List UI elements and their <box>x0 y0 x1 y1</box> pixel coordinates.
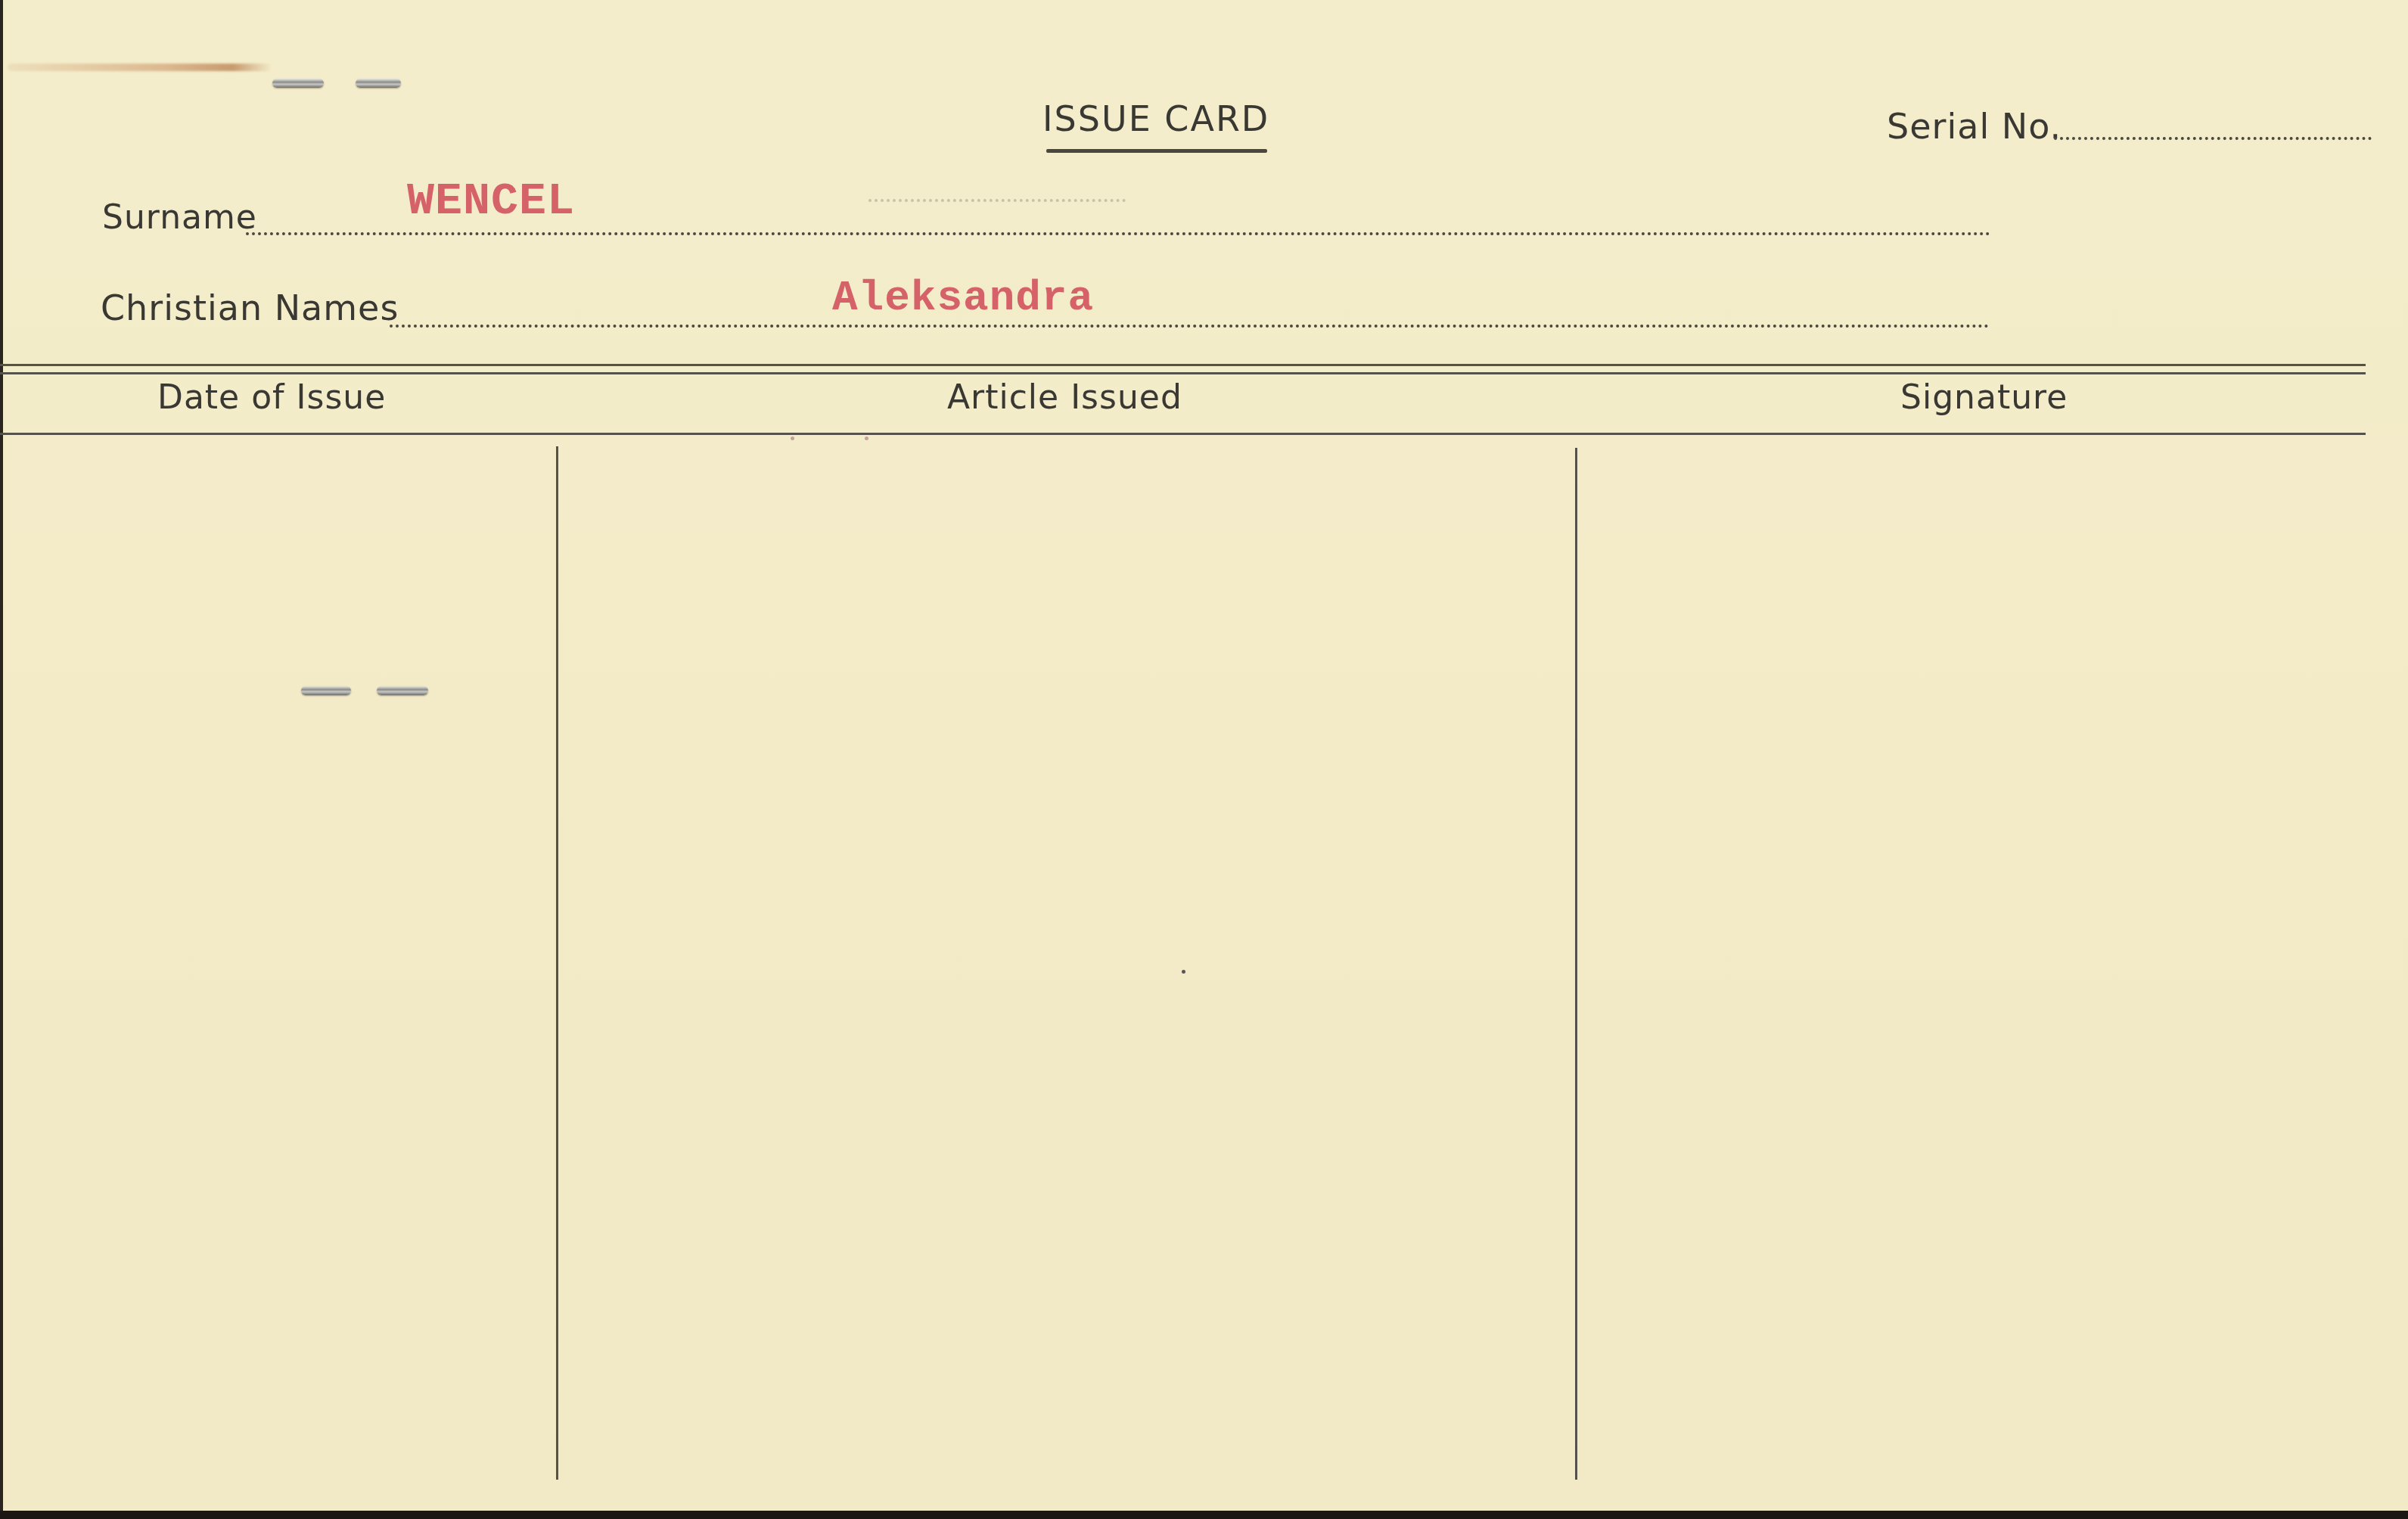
card-title: ISSUE CARD <box>1042 98 1269 139</box>
staple-icon <box>301 686 351 695</box>
double-rule-bottom <box>0 372 2366 374</box>
show-through-text <box>868 193 1126 202</box>
serial-number-label: Serial No. <box>1887 106 2062 147</box>
column-header-date-of-issue: Date of Issue <box>157 378 386 417</box>
christian-names-value: Aleksandra <box>832 274 1094 322</box>
column-header-article-issued: Article Issued <box>947 378 1182 417</box>
header-bottom-rule <box>0 433 2366 435</box>
staple-icon <box>356 79 401 88</box>
ink-speck <box>791 436 794 440</box>
staple-icon <box>377 686 428 695</box>
column-header-signature: Signature <box>1900 378 2068 417</box>
column-divider-1 <box>556 446 558 1480</box>
card-bottom-edge <box>0 1511 2408 1519</box>
column-divider-2 <box>1575 448 1577 1480</box>
serial-number-field <box>2054 137 2372 140</box>
christian-names-label: Christian Names <box>101 287 399 328</box>
title-underline <box>1046 149 1267 153</box>
double-rule-top <box>0 364 2366 366</box>
ink-speck <box>1182 970 1185 974</box>
rust-stain <box>8 64 272 71</box>
card-left-edge <box>0 0 3 1519</box>
surname-label: Surname <box>102 198 257 237</box>
christian-names-field-line <box>390 325 1990 328</box>
surname-field-line <box>246 232 1991 235</box>
ink-speck <box>865 436 868 440</box>
staple-icon <box>272 79 324 88</box>
issue-card: ISSUE CARD Serial No. Surname WENCEL Chr… <box>0 0 2408 1511</box>
surname-value: WENCEL <box>407 176 575 228</box>
